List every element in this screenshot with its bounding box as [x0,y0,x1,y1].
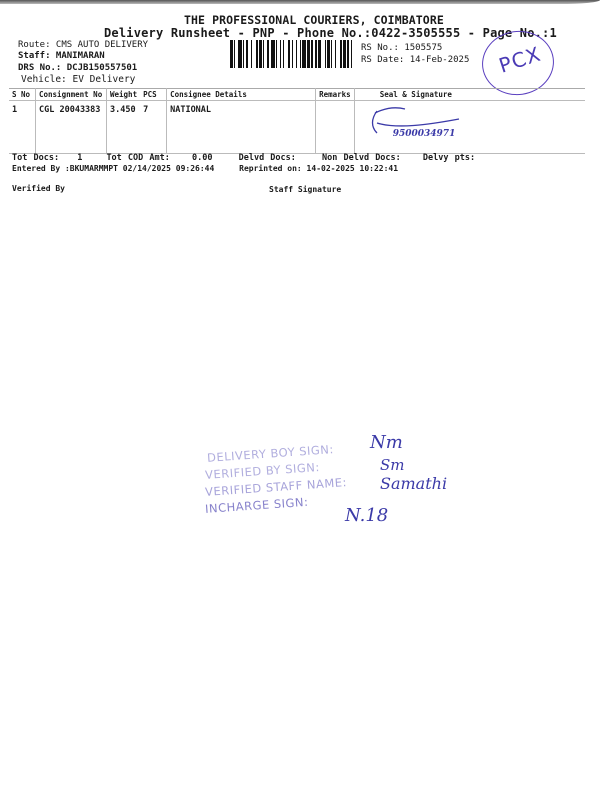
col-consignee: Consignee Details [167,89,316,101]
handwriting-verified-by: Sm [380,456,405,474]
handwriting-staff-name: Samathi [380,474,447,493]
delvd-docs-label: Delvd Docs: [239,153,296,163]
col-seal-signature: Seal & Signature [354,89,585,101]
vehicle-label: Vehicle: EV Delivery [21,74,135,85]
cell-remarks [316,101,355,154]
verification-stamp: DELIVERY BOY SIGN: VERIFIED BY SIGN: VER… [205,445,347,513]
tot-cod-value: 0.00 [192,153,212,163]
col-remarks: Remarks [316,89,355,101]
signature-phone: 9500034971 [393,129,456,139]
stamp-text: PCX [496,42,544,78]
col-pcs: PCS [140,89,167,101]
table-header-row: S No Consignment No Weight PCS Consignee… [9,89,585,101]
rs-date: RS Date: 14-Feb-2025 [361,55,469,65]
tot-docs-label: Tot Docs: [12,153,59,163]
barcode [230,40,355,68]
signature-scribble-icon [367,105,477,149]
non-delvd-docs-label: Non Delvd Docs: [322,153,401,163]
route-label: Route: CMS AUTO DELIVERY [18,40,148,50]
cell-seal-signature: 9500034971 [354,101,585,154]
staff-signature-label: Staff Signature [269,185,341,194]
cell-pcs: 7 [140,101,167,154]
entered-by: Entered By :BKUMARMMPT 02/14/2025 09:26:… [12,164,398,173]
cell-consignee: NATIONAL [167,101,316,154]
company-name: THE PROFESSIONAL COURIERS, COIMBATORE [184,13,444,27]
tot-docs-value: 1 [77,153,82,163]
runsheet-table: S No Consignment No Weight PCS Consignee… [9,88,585,154]
col-weight: Weight [107,89,141,101]
handwriting-incharge: N.18 [345,505,388,526]
verified-by: Verified By [12,184,65,193]
col-sno: S No [9,89,36,101]
delvy-pts-label: Delvy pts: [423,153,475,163]
col-consignment-no: Consignment No [36,89,107,101]
runsheet-title: Delivery Runsheet - PNP - Phone No.:0422… [104,26,557,40]
handwriting-delivery-boy: Nm [370,432,403,453]
entered-by-text: Entered By :BKUMARMMPT 02/14/2025 09:26:… [12,164,214,173]
drs-number: DRS No.: DCJB150557501 [18,63,137,73]
page-edge-shadow [0,0,600,4]
cell-sno: 1 [9,101,36,154]
tot-cod-label: Tot COD Amt: [106,153,169,163]
totals-row: Tot Docs: 1 Tot COD Amt: 0.00 Delvd Docs… [12,153,475,163]
cell-consignment-no: CGL 20043383 [36,101,107,154]
cell-weight: 3.450 [107,101,141,154]
table-row: 1 CGL 20043383 3.450 7 NATIONAL 95000349… [9,101,585,154]
rs-number: RS No.: 1505575 [361,43,442,53]
staff-label: Staff: MANIMARAN [18,51,105,61]
reprinted-on: Reprinted on: 14-02-2025 10:22:41 [239,164,398,173]
